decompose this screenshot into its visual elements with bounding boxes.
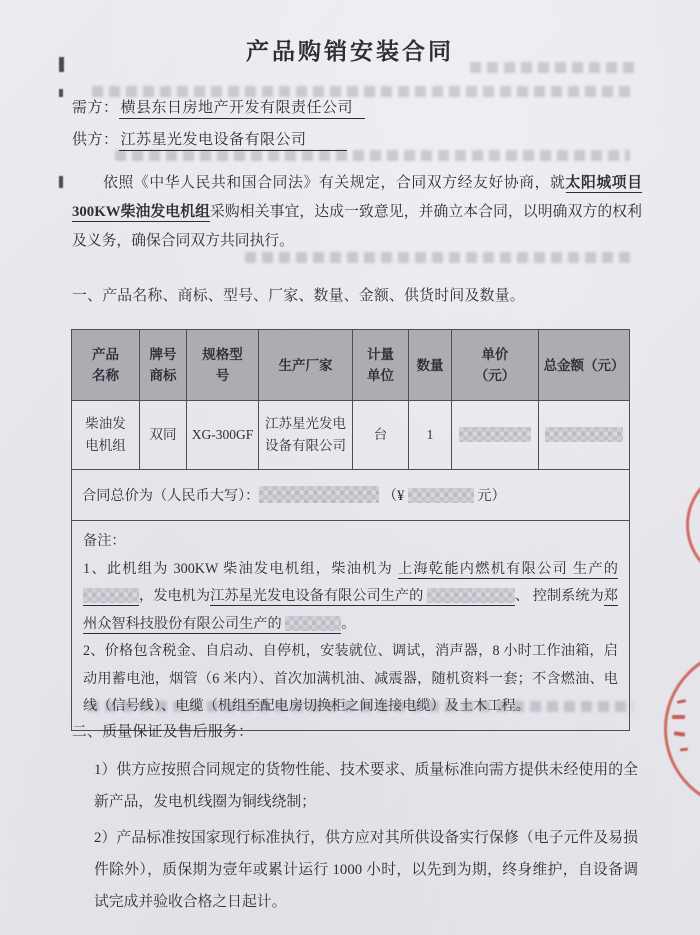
table-header-row: 产品 名称 牌号 商标 规格型 号 生产厂家 计量 单位 数量 单价 （元） 总… [72,330,630,401]
remarks-item-2: 2、价格包含税金、自启动、自停机，安装就位、调试，消声器，8 小时工作油箱，启动… [83,638,618,721]
currency-paren-close: 元） [477,488,505,504]
buyer-name: 横县东日房地产开发有限责任公司 [119,100,366,119]
buyer-label: 需方： [72,100,119,116]
cell-product-name: 柴油发 电机组 [72,401,140,470]
product-table: 产品 名称 牌号 商标 规格型 号 生产厂家 计量 单位 数量 单价 （元） 总… [71,329,630,731]
remarks-cell: 备注： 1、此机组为 300KW 柴油发电机组，柴油机为 上海乾能内燃机有限公司… [72,521,630,731]
section1-heading: 一、产品名称、商标、型号、厂家、数量、金额、供货时间及数量。 [72,284,525,305]
remarks-text: 。 [341,616,355,632]
section2-item-1: 1）供方应按照合同规定的货物性能、技术要求、质量标准向需方提供未经使用的全新产品… [94,754,638,818]
cell-brand: 双同 [140,401,187,470]
col-header-product-name: 产品 名称 [72,330,140,401]
bleed-through-text-line [115,150,630,161]
remarks-text: ，发电机为 [139,588,210,604]
table-row: 柴油发 电机组 双同 XG-300GF 江苏星光发电 设备有限公司 台 1 [72,401,630,470]
redacted-amount-figures [408,488,474,503]
generator-maker-underlined: 江苏星光发电设备有限公司生产的 [210,588,515,606]
total-price-row: 合同总价为（人民币大写）： （¥ 元） [72,470,630,521]
col-header-quantity: 数量 [409,330,452,401]
buyer-line: 需方：横县东日房地产开发有限责任公司 [72,96,365,117]
seller-line: 供方：江苏星光发电设备有限公司 [72,128,347,149]
scan-edge-artifact [59,89,63,97]
contract-document-page: 产品购销安装合同 需方：横县东日房地产开发有限责任公司 供方：江苏星光发电设备有… [0,0,700,935]
intro-lead: 依照《中华人民共和国合同法》有关规定，合同双方经友好协商，就 [103,175,565,191]
redacted-amount-words [259,486,379,503]
remarks-text: 江苏星光发电设备有限公司生产的 [210,588,427,604]
scan-edge-artifact [59,176,63,188]
cell-unit-price [452,401,539,470]
cell-quantity: 1 [409,401,452,470]
col-header-unit-price: 单价 （元） [452,330,539,401]
total-price-cell: 合同总价为（人民币大写）： （¥ 元） [72,470,630,521]
redacted-unit-price [459,427,531,442]
remarks-text: 上海乾能内燃机有限公司 生产的 [398,561,618,577]
seller-label: 供方： [72,132,119,148]
col-header-manufacturer: 生产厂家 [259,330,353,401]
section2: 二、质量保证及售后服务： 1）供方应按照合同规定的货物性能、技术要求、质量标准向… [72,717,644,922]
redacted-generator-model [427,588,515,603]
section2-heading: 二、质量保证及售后服务： [72,717,644,747]
col-header-model: 规格型 号 [187,330,259,401]
remarks-row: 备注： 1、此机组为 300KW 柴油发电机组，柴油机为 上海乾能内燃机有限公司… [72,521,630,731]
col-header-unit: 计量 单位 [353,330,409,401]
seal-glyph-mark [672,715,685,719]
col-header-total-amount: 总金额（元） [539,330,630,401]
currency-paren-open: （¥ [383,488,404,504]
remarks-text: 、 控制系统为 [515,588,604,604]
redacted-total-amount [545,427,623,442]
remarks-item-1: 1、此机组为 300KW 柴油发电机组，柴油机为 上海乾能内燃机有限公司 生产的… [83,556,618,639]
cell-manufacturer: 江苏星光发电 设备有限公司 [259,401,353,470]
red-seal-stamp-icon [686,467,700,583]
remarks-text: 1、此机组为 300KW 柴油发电机组，柴油机为 [83,561,398,577]
red-seal-stamp-icon [664,648,700,810]
redacted-controller-model [285,616,341,631]
col-header-brand: 牌号 商标 [140,330,187,401]
cell-total-amount [539,401,630,470]
total-price-label: 合同总价为（人民币大写）： [82,488,259,504]
section2-item-2: 2）产品标准按国家现行标准执行，供方应对其所供设备实行保修（电子元件及易损件除外… [94,822,638,918]
seller-name: 江苏星光发电设备有限公司 [119,132,347,151]
document-title: 产品购销安装合同 [0,33,700,66]
cell-unit: 台 [353,401,409,470]
intro-paragraph: 依照《中华人民共和国合同法》有关规定，合同双方经友好协商，就太阳城项目 300K… [72,169,642,256]
redacted-engine-model [83,588,139,603]
remarks-label: 备注： [83,528,618,556]
cell-model: XG-300GF [187,401,259,470]
